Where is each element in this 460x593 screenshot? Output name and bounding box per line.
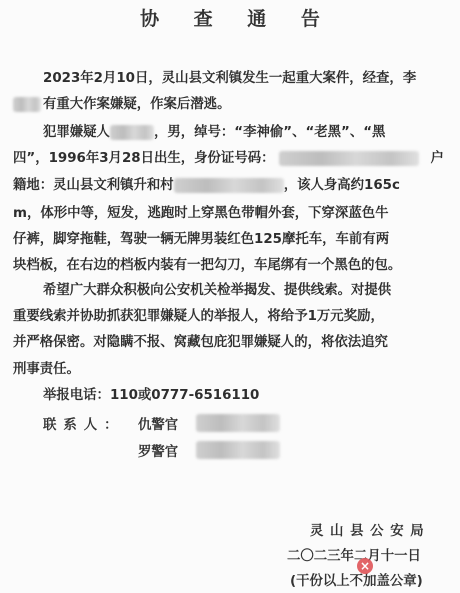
paragraph-3-line-4: 刑事责任。 [13,361,80,379]
redacted-suspect-name [110,125,154,140]
redacted-address [174,178,284,193]
redacted-id-number [279,151,419,166]
paragraph-3-line-2: 重要线索并协助抓获犯罪嫌疑人的举报人，将给予1万元奖励， [13,308,384,326]
paragraph-2-line-3: 籍地：灵山县文利镇升和村，该人身高约165c [13,177,400,195]
paragraph-3-line-1: 希望广大群众积极向公安机关检举揭发、提供线索。对提供 [43,282,391,300]
close-icon[interactable]: × [357,558,373,574]
paragraph-2-line-5: 仔裤，脚穿拖鞋，驾驶一辆无牌男装红色125摩托车，车前有两 [13,231,389,249]
paragraph-2-line-6: 块档板，在右边的档板内装有一把勾刀，车尾绑有一个黑色的包。 [13,257,401,275]
paragraph-3-line-3: 并严格保密。对隐瞒不报、窝藏包庇犯罪嫌疑人的，将依法追究 [13,334,388,352]
contact-officer-1: 仇警官 [138,414,178,433]
paragraph-2-line-2: 四”，1996年3月28日出生，身份证号码：户 [13,150,444,168]
redacted-phone-1 [196,414,280,432]
contact-officer-2: 罗警官 [138,441,178,460]
seal-note: (干份以上不加盖公章) [290,570,423,589]
paragraph-1-line-2: 有重大作案嫌疑，作案后潜逃。 [13,96,230,114]
paragraph-2-line-1: 犯罪嫌疑人，男，绰号：“李神偷”、“老黑”、“黑 [43,124,385,142]
paragraph-2-line-4: m，体形中等，短发，逃跑时上穿黑色带帽外套，下穿深蓝色牛 [13,205,389,223]
redacted-name [13,97,41,112]
issuing-authority: 灵 山 县 公 安 局 [310,520,425,539]
contacts-label: 联系人： [43,414,125,433]
issue-date: 二〇二三年二月十一日 [287,545,421,564]
document-title: 协 查 通 告 [0,4,460,31]
report-hotline: 举报电话：110或0777-6516110 [43,387,259,405]
redacted-phone-2 [196,441,280,459]
paragraph-1-line-1: 2023年2月10日，灵山县文利镇发生一起重大案件，经查，李 [43,70,416,88]
